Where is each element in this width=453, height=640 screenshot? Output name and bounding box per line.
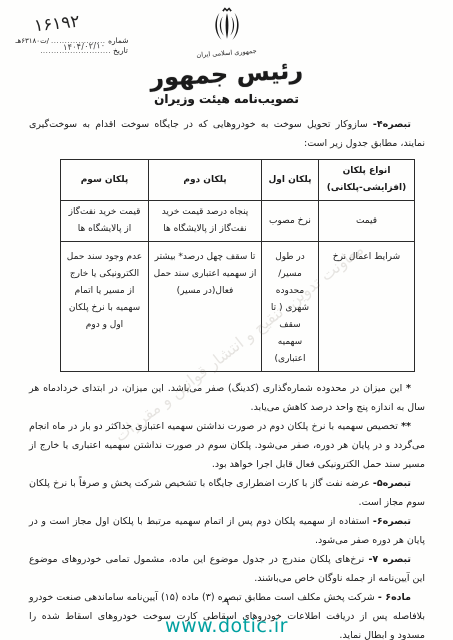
table-cell: قیمت xyxy=(319,201,415,242)
number-label: شماره xyxy=(107,36,128,47)
footnote-text: این میزان در محدوده شماره‌گذاری (کدینگ) … xyxy=(29,383,425,413)
table-row-conditions: شرایط اعمال نرخ در طول مسیر/ محدوده شهری… xyxy=(61,242,415,372)
document-header: جمهوری اسلامی ایران رئیس جمهور تصویب‌نام… xyxy=(0,0,453,106)
page-number: ۹ xyxy=(0,597,453,608)
table-cell: قیمت خرید نفت‌گاز از پالایشگاه ها xyxy=(61,201,149,242)
clause-label: تبصره ۷- xyxy=(368,554,411,565)
footnote-text: تخصیص سهمیه با نرخ پلکان دوم در صورت ندا… xyxy=(29,421,425,470)
clause-text: نرخ‌های پلکان مندرج در جدول موضوع این ما… xyxy=(29,554,425,584)
column-header-step-1: پلکان اول xyxy=(262,160,319,201)
number-printed-suffix: /ت۶۳۱۸۰هـ xyxy=(16,36,50,46)
document-body: تبصره۴- سازوکار تحویل سوخت به خودروهایی … xyxy=(0,115,453,640)
document-page: معاونت تدوین، تنقیح و انتشار قوانین و مق… xyxy=(0,0,453,640)
number-date-stamp: ۱۶۱۹۲ شماره .................... /ت۶۳۱۸۰… xyxy=(6,36,128,56)
table-row-price: قیمت نرخ مصوب پنجاه درصد قیمت خرید نفت‌گ… xyxy=(61,201,415,242)
footnote-marker: ** xyxy=(401,421,411,432)
footnote-paragraph: ** تخصیص سهمیه با نرخ پلکان دوم در صورت … xyxy=(29,417,425,474)
date-label: تاریخ xyxy=(113,46,128,57)
clause-paragraph: تبصره ۷- نرخ‌های پلکان مندرج در جدول موض… xyxy=(29,550,425,588)
table-cell: شرایط اعمال نرخ xyxy=(319,242,415,372)
table-cell: عدم وجود سند حمل الکترونیکی یا خارج از م… xyxy=(61,242,149,372)
table-cell: در طول مسیر/ محدوده شهری ( تا سقف سهمیه … xyxy=(262,242,319,372)
footnote-marker: * xyxy=(406,383,411,394)
iran-emblem-icon xyxy=(211,6,243,44)
table-cell: پنجاه درصد قیمت خرید نفت‌گاز از پالایشگا… xyxy=(149,201,262,242)
website-link[interactable]: www.dotic.ir xyxy=(0,615,453,637)
table-cell: تا سقف چهل درصد* بیشتر از سهمیه اعتباری … xyxy=(149,242,262,372)
column-header-step-3: پلکان سوم xyxy=(61,160,149,201)
fuel-step-pricing-table: انواع پلکان (افزایشی-پلکانی) پلکان اول پ… xyxy=(60,159,415,372)
table-cell: نرخ مصوب xyxy=(262,201,319,242)
clause-label: تبصره۵- xyxy=(373,478,411,489)
column-header-step-types: انواع پلکان (افزایشی-پلکانی) xyxy=(319,160,415,201)
intro-paragraph: تبصره۴- سازوکار تحویل سوخت به خودروهایی … xyxy=(29,115,425,153)
clause-text: عرضه نفت گاز با کارت اضطراری جایگاه با ت… xyxy=(29,478,425,508)
clause-paragraph: تبصره۵- عرضه نفت گاز با کارت اضطراری جای… xyxy=(29,474,425,512)
footnote-paragraph: * این میزان در محدوده شماره‌گذاری (کدینگ… xyxy=(29,379,425,417)
clause-label: تبصره۴- xyxy=(373,119,411,130)
clause-paragraph: تبصره۶- استفاده از سهمیه پلکان دوم پس از… xyxy=(29,512,425,550)
table-header-row: انواع پلکان (افزایشی-پلکانی) پلکان اول پ… xyxy=(61,160,415,201)
clause-text: سازوکار تحویل سوخت به خودروهایی که در جا… xyxy=(29,119,425,149)
clause-label: تبصره۶- xyxy=(373,516,411,527)
column-header-step-2: پلکان دوم xyxy=(149,160,262,201)
clause-text: استفاده از سهمیه پلکان دوم پس از اتمام س… xyxy=(29,516,425,546)
date-field: .......................... ۱۴۰۴/۰۲/۱۰ xyxy=(40,46,111,56)
date-row: تاریخ .......................... ۱۴۰۴/۰۲… xyxy=(6,46,128,56)
